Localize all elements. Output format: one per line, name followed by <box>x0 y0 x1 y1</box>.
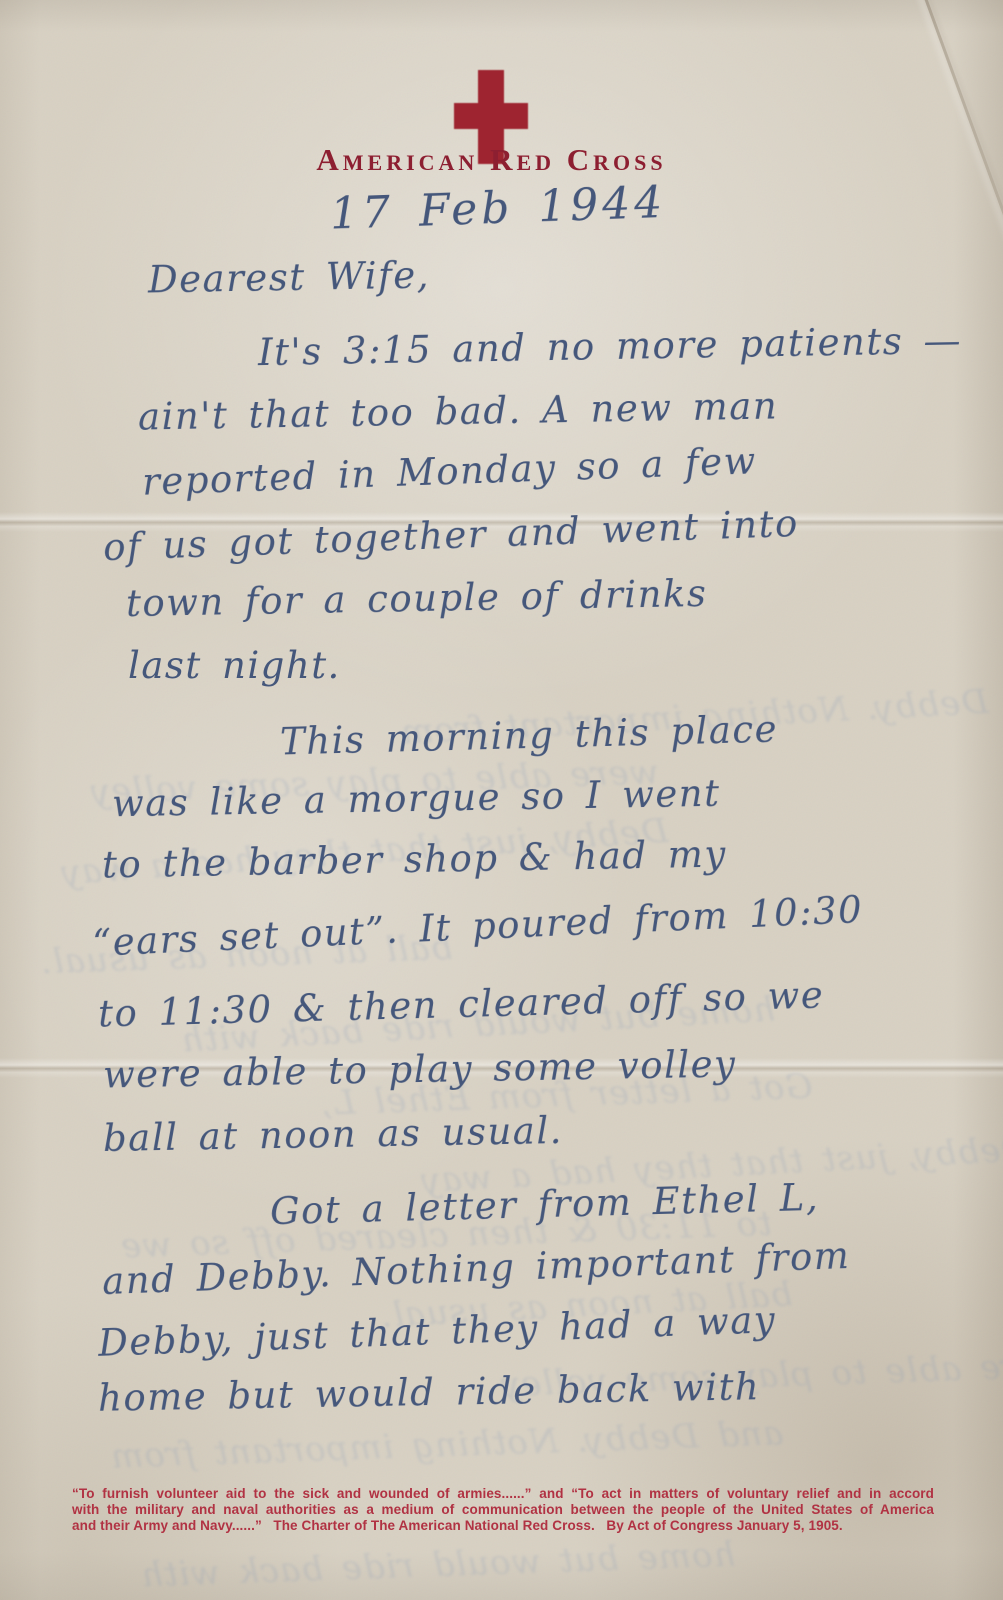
footer-line: with the military and naval authorities … <box>72 1502 934 1518</box>
handwritten-line: to the barber shop & had my <box>102 833 727 887</box>
footer-line: “To furnish volunteer aid to the sick an… <box>72 1486 934 1502</box>
handwritten-line: ain't that too bad. A new man <box>138 384 779 438</box>
handwritten-line: last night. <box>128 644 341 687</box>
handwritten-line: town for a couple of drinks <box>126 572 708 625</box>
letter-page: American Red Cross 17 Feb 1944 and Debby… <box>0 0 1003 1600</box>
letterhead-org-name: American Red Cross <box>0 142 983 178</box>
handwritten-line: Debby, just that they had a way <box>97 1298 776 1365</box>
salutation: Dearest Wife, <box>148 254 431 302</box>
handwritten-line: ball at noon as usual. <box>103 1109 564 1160</box>
handwritten-line: Got a letter from Ethel L, <box>270 1176 820 1233</box>
handwritten-line: home but would ride back with <box>98 1365 761 1420</box>
handwritten-line: were able to play some volley <box>103 1042 737 1096</box>
red-cross-horizontal-bar <box>454 103 528 129</box>
handwritten-line: reported in Monday so a few <box>141 439 757 503</box>
footer-line: and their Army and Navy......” The Chart… <box>72 1518 934 1534</box>
handwritten-line: “ears set out”. It poured from 10:30 <box>91 888 864 965</box>
handwritten-line: to 11:30 & then cleared off so we <box>98 974 825 1036</box>
bleed-through-text: home but would ride back with <box>139 1535 735 1596</box>
handwritten-line: of us got together and went into <box>102 502 799 569</box>
charter-footer: “To furnish volunteer aid to the sick an… <box>72 1486 934 1534</box>
handwritten-date: 17 Feb 1944 <box>329 177 667 240</box>
handwritten-line: was like a morgue so I went <box>112 772 721 826</box>
handwritten-line: It's 3:15 and no more patients — <box>258 319 963 374</box>
bleed-through-text: and Debby. Nothing important from <box>110 1413 785 1476</box>
handwritten-line: and Debby. Nothing important from <box>101 1234 850 1303</box>
handwritten-line: This morning this place <box>280 707 779 763</box>
